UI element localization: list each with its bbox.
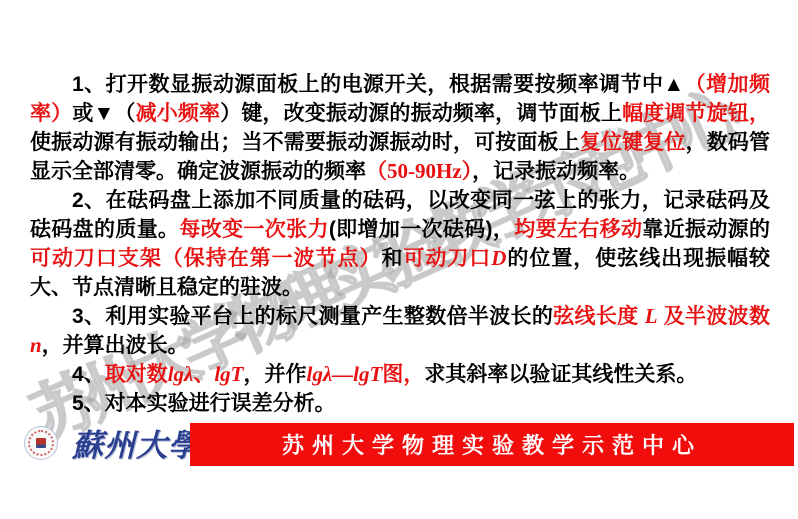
instructions: 1、打开数显振动源面板上的电源开关，根据需要按频率调节中▲（增加频率）或▼（减小… [30, 70, 770, 418]
text-segment: 5、对本实验进行误差分析。 [72, 392, 336, 415]
text-segment: L [645, 304, 658, 328]
text-segment: 和 [381, 247, 403, 270]
text-segment: ，并算出波长。 [42, 334, 189, 357]
text-segment: 减小频率 [136, 102, 221, 125]
instruction-paragraph: 1、打开数显振动源面板上的电源开关，根据需要按频率调节中▲（增加频率）或▼（减小… [30, 70, 770, 186]
text-segment: 取对数 [105, 363, 168, 386]
instruction-paragraph: 2、在砝码盘上添加不同质量的砝码，以改变同一弦上的张力，记录砝码及砝码盘的质量。… [30, 186, 770, 302]
text-segment: （ [366, 160, 387, 183]
slide: 苏州大学物理实验教学示范中心 1、打开数显振动源面板上的电源开关，根据需要按频率… [0, 0, 798, 519]
text-segment: lgλ—lgT [307, 362, 383, 386]
text-segment: 4、 [72, 363, 105, 386]
text-segment: 、 [193, 363, 214, 386]
instruction-paragraph: 3、利用实验平台上的标尺测量产生整数倍半波长的弦线长度 L 及半波波数n，并算出… [30, 302, 770, 360]
text-segment: 3、利用实验平台上的标尺测量产生整数倍半波长的 [72, 305, 553, 328]
text-segment: 可动刀口支架（保持在第一波节点） [30, 247, 381, 270]
text-segment: ） [462, 160, 473, 183]
text-segment: 每改变一次张力 [179, 218, 328, 241]
footer-banner: 苏州大学物理实验教学示范中心 [190, 423, 794, 466]
text-segment: 使振动源有振动输出；当不需要振动源振动时，可按面板上 [30, 131, 580, 154]
footer-banner-text: 苏州大学物理实验教学示范中心 [282, 429, 702, 460]
text-segment: 弦线长度 [553, 305, 644, 328]
text-segment: 幅度调节旋钮， [622, 102, 770, 125]
text-segment: 可动刀口 [403, 247, 491, 270]
text-segment: 或▼（ [72, 102, 135, 125]
text-segment: 图， [382, 363, 424, 386]
university-logo-text: 蘇州大學 [72, 424, 188, 468]
text-segment: 均要左右移动 [514, 218, 642, 241]
text-segment: lgT [214, 362, 243, 386]
instruction-paragraph: 4、取对数lgλ、lgT，并作lgλ—lgT图，求其斜率以验证其线性关系。 [30, 360, 770, 389]
text-segment: ）键，改变振动源的振动频率，调节面板上 [220, 102, 622, 125]
text-segment: 靠近振动源的 [642, 218, 770, 241]
text-segment: ，记录振动频率。 [472, 160, 640, 183]
footer: 蘇州大學 苏州大学物理实验教学示范中心 [0, 420, 798, 472]
text-segment: 求其斜率以验证其线性关系。 [424, 363, 697, 386]
instruction-paragraph: 5、对本实验进行误差分析。 [30, 389, 770, 418]
text-segment: lgλ [168, 362, 194, 386]
text-segment: 50-90Hz [387, 159, 462, 183]
text-segment: 复位键复位 [580, 131, 686, 154]
text-segment: (即增加一次砝码)， [329, 218, 514, 241]
text-segment: 及半波波数 [658, 305, 770, 328]
text-segment: n [30, 333, 42, 357]
text-segment: D [491, 246, 506, 270]
text-segment: 1、打开数显振动源面板上的电源开关，根据需要按频率调节中▲ [72, 73, 685, 96]
university-seal-icon [24, 426, 58, 460]
text-segment: ，并作 [244, 363, 307, 386]
